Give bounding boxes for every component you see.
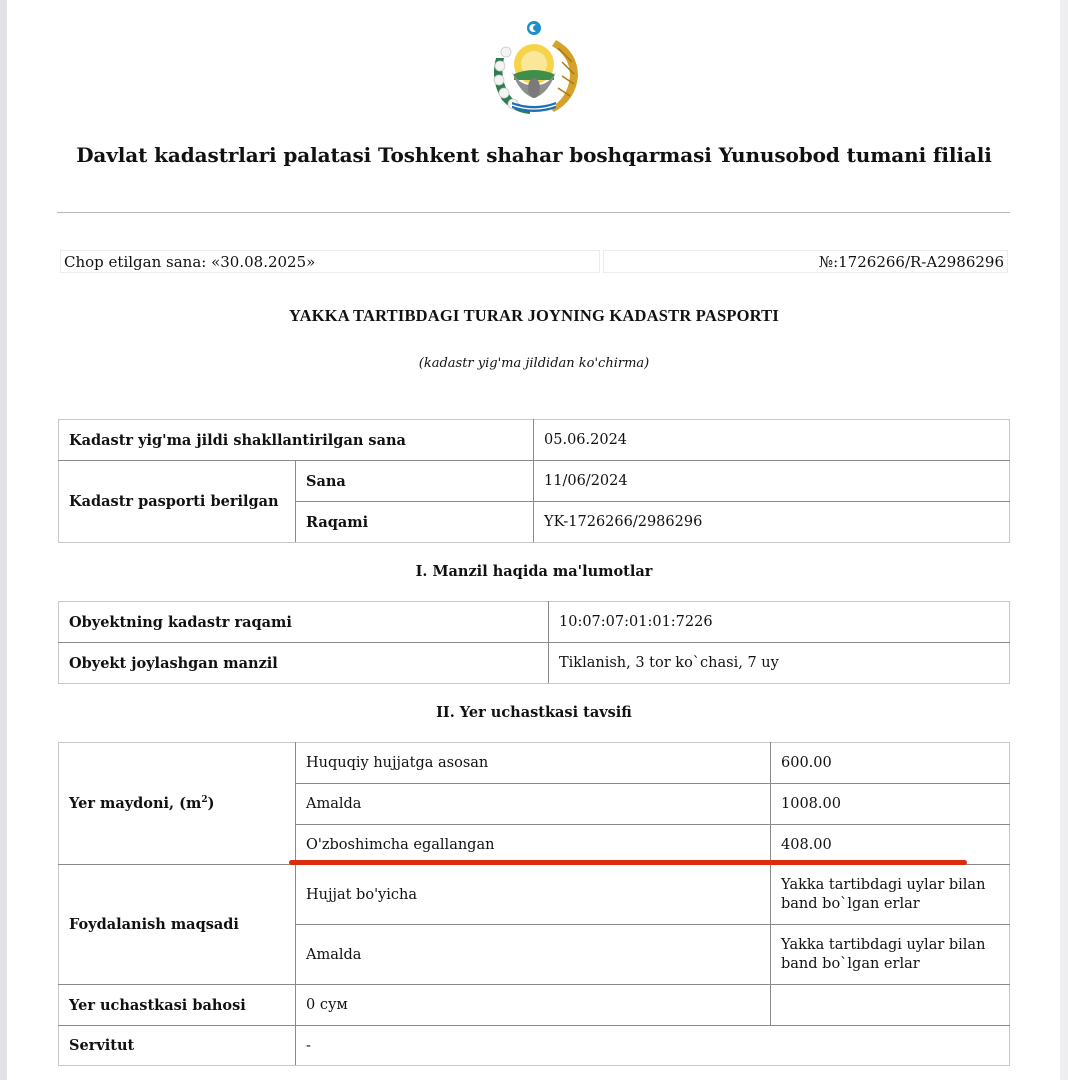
- issue-date-value: 11/06/2024: [534, 461, 1010, 502]
- purpose-label: Foydalanish maqsadi: [59, 865, 296, 985]
- price-empty-cell: [771, 985, 1010, 1026]
- area-actual-value: 1008.00: [771, 784, 1010, 825]
- document-subtitle: (kadastr yig'ma jildidan ko'chirma): [0, 356, 1068, 371]
- uzbekistan-state-emblem-icon: [486, 18, 582, 118]
- issued-label: Kadastr pasporti berilgan: [59, 461, 296, 543]
- purpose-actual-value: Yakka tartibdagi uylar bilanband bo`lgan…: [771, 925, 1010, 985]
- meta-row: Chop etilgan sana: «30.08.2025» №:172626…: [60, 250, 1008, 275]
- formed-date-value: 05.06.2024: [534, 420, 1010, 461]
- passport-number-label: Raqami: [296, 502, 534, 543]
- print-date: Chop etilgan sana: «30.08.2025»: [60, 250, 600, 273]
- cadastral-number-label: Obyektning kadastr raqami: [59, 602, 549, 643]
- section-2-title: II. Yer uchastkasi tavsifi: [0, 704, 1068, 721]
- red-highlight-underline: [289, 860, 967, 865]
- address-table: Obyektning kadastr raqami 10:07:07:01:01…: [58, 601, 1010, 684]
- area-unauthorized-label: O'zboshimcha egallangan: [296, 825, 771, 865]
- purpose-document-value: Yakka tartibdagi uylar bilanband bo`lgan…: [771, 865, 1010, 925]
- organization-title: Davlat kadastrlari palatasi Toshkent sha…: [0, 143, 1068, 167]
- land-plot-table: Yer maydoni, (m2) Huquqiy hujjatga asosa…: [58, 742, 1010, 1066]
- passport-table: Kadastr yig'ma jildi shakllantirilgan sa…: [58, 419, 1010, 543]
- formed-date-label: Kadastr yig'ma jildi shakllantirilgan sa…: [59, 420, 534, 461]
- cadastral-number-value: 10:07:07:01:01:7226: [549, 602, 1010, 643]
- issue-date-label: Sana: [296, 461, 534, 502]
- area-legal-label: Huquqiy hujjatga asosan: [296, 743, 771, 784]
- document-number: №:1726266/R-A2986296: [603, 250, 1008, 273]
- section-1-title: I. Manzil haqida ma'lumotlar: [0, 563, 1068, 580]
- servitude-label: Servitut: [59, 1026, 296, 1066]
- purpose-document-label: Hujjat bo'yicha: [296, 865, 771, 925]
- address-label: Obyekt joylashgan manzil: [59, 643, 549, 684]
- document-title: YAKKA TARTIBDAGI TURAR JOYNING KADASTR P…: [0, 306, 1068, 326]
- passport-number-value: YK-1726266/2986296: [534, 502, 1010, 543]
- servitude-value: -: [296, 1026, 1010, 1066]
- area-unauthorized-value: 408.00: [771, 825, 1010, 865]
- price-label: Yer uchastkasi bahosi: [59, 985, 296, 1026]
- address-value: Tiklanish, 3 tor ko`chasi, 7 uy: [549, 643, 1010, 684]
- purpose-actual-label: Amalda: [296, 925, 771, 985]
- price-value: 0 сум: [296, 985, 771, 1026]
- area-label: Yer maydoni, (m2): [59, 743, 296, 865]
- area-actual-label: Amalda: [296, 784, 771, 825]
- area-legal-value: 600.00: [771, 743, 1010, 784]
- header-divider: [57, 212, 1010, 213]
